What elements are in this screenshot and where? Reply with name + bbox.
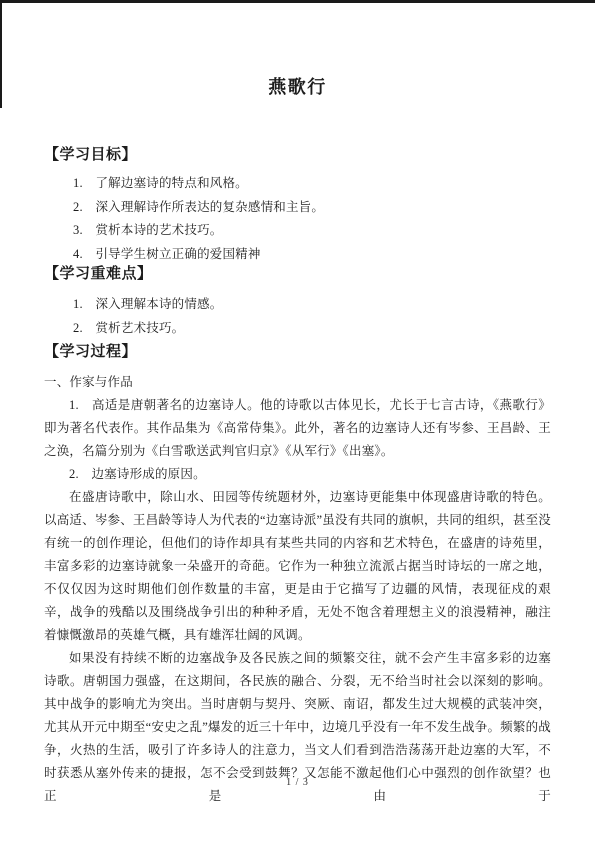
page-number-indicator: 1 / 3 [0,776,595,789]
page-edge-artifact-top [0,0,595,3]
objective-item-4: 4. 引导学生树立正确的爱国精神 [44,243,551,267]
section-heading-objectives: 【学习目标】 [44,145,551,165]
document-page: 燕歌行 【学习目标】 1. 了解边塞诗的特点和风格。 2. 深入理解诗作所表达的… [0,0,595,841]
document-title: 燕歌行 [44,0,551,100]
key-point-item-1: 1. 深入理解本诗的情感。 [44,292,551,316]
section-heading-key-points: 【学习重难点】 [44,264,551,284]
paragraph-reason-heading: 2. 边塞诗形成的原因。 [44,463,551,486]
process-body: 一、作家与作品 1. 高适是唐朝著名的边塞诗人。他的诗歌以古体见长，尤长于七言古… [44,371,551,808]
paragraph-gao-shi-intro: 1. 高适是唐朝著名的边塞诗人。他的诗歌以古体见长，尤长于七言古诗，《燕歌行》即… [44,394,551,463]
page-edge-artifact-left [0,0,2,108]
objective-item-1: 1. 了解边塞诗的特点和风格。 [44,172,551,196]
subsection-heading-authors-works: 一、作家与作品 [44,371,551,394]
section-heading-process: 【学习过程】 [44,342,551,362]
key-points-list: 1. 深入理解本诗的情感。 2. 赏析艺术技巧。 [44,292,551,340]
page-content: 燕歌行 【学习目标】 1. 了解边塞诗的特点和风格。 2. 深入理解诗作所表达的… [0,0,595,808]
objectives-list: 1. 了解边塞诗的特点和风格。 2. 深入理解诗作所表达的复杂感情和主旨。 3.… [44,172,551,266]
paragraph-frontier-poetry-school: 在盛唐诗歌中，除山水、田园等传统题材外，边塞诗更能集中体现盛唐诗歌的特色。以高适… [44,486,551,647]
objective-item-3: 3. 赏析本诗的艺术技巧。 [44,219,551,243]
key-point-item-2: 2. 赏析艺术技巧。 [44,316,551,340]
objective-item-2: 2. 深入理解诗作所表达的复杂感情和主旨。 [44,196,551,220]
